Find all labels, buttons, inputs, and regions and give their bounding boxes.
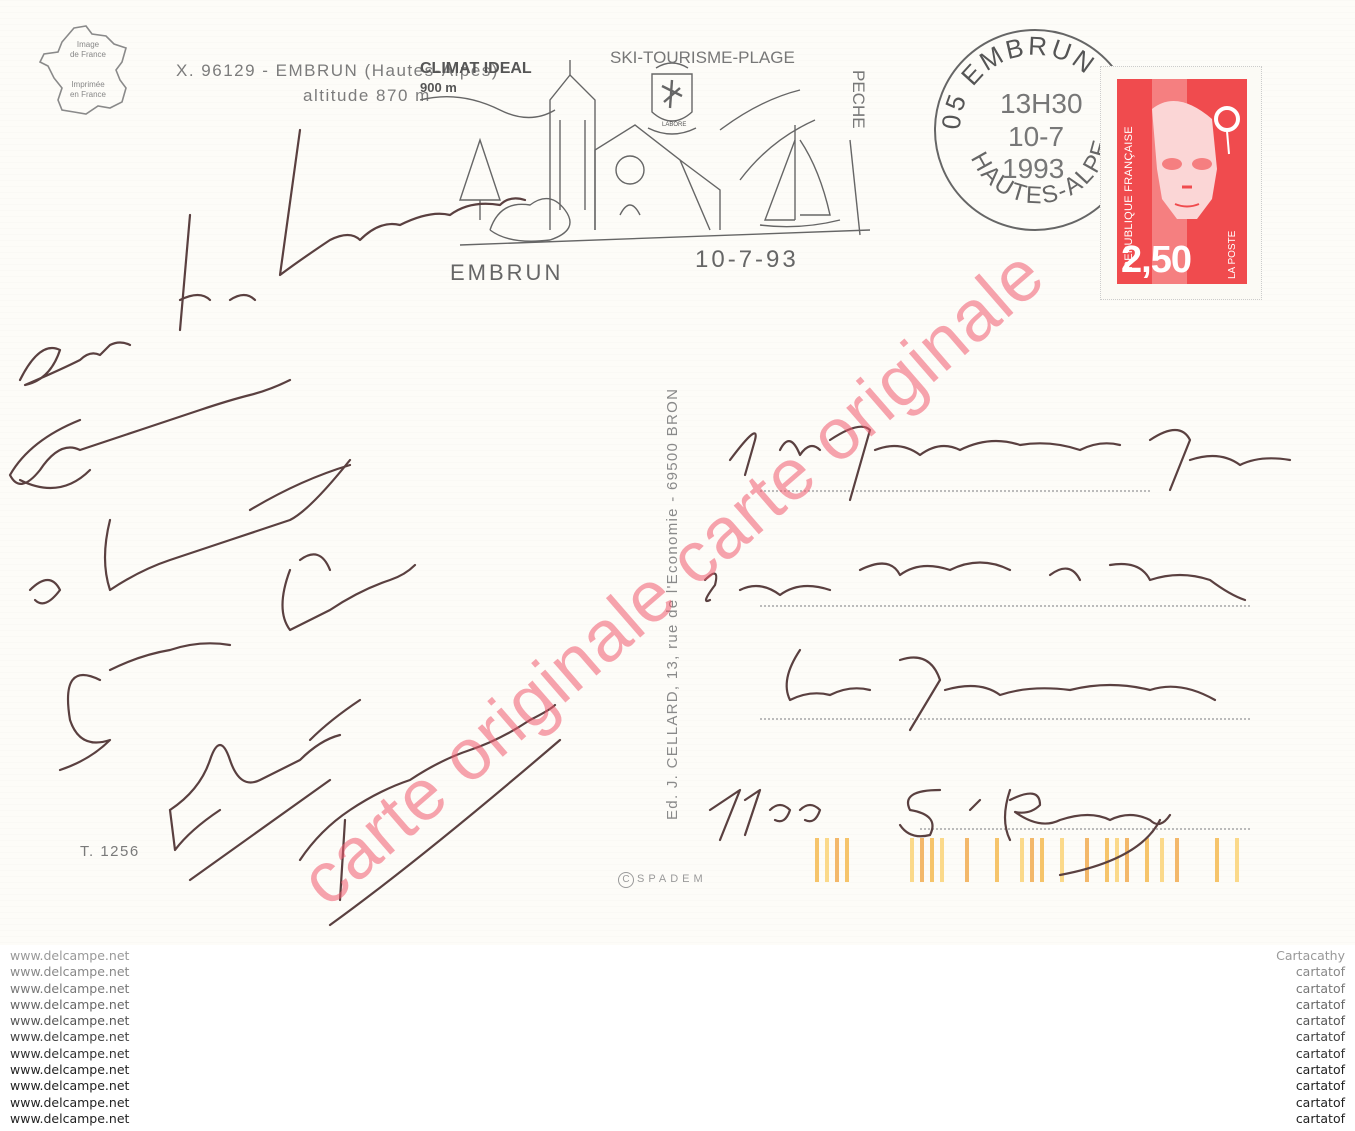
seller-name: cartatof (1276, 1029, 1345, 1045)
address-line-3 (760, 718, 1250, 720)
copyright-icon: C (618, 872, 634, 888)
barcode-bar (1160, 838, 1164, 882)
barcode-bar (995, 838, 999, 882)
barcode-bar (1040, 838, 1044, 882)
barcode-bar (965, 838, 969, 882)
seller-name: cartatof (1276, 964, 1345, 980)
logo-line2: de France (58, 50, 118, 59)
delcampe-link[interactable]: www.delcampe.net (10, 948, 129, 964)
barcode-bar (1060, 838, 1064, 882)
image-de-france-logo: Image de France Imprimée en France (36, 22, 136, 120)
credits-left: www.delcampe.netwww.delcampe.netwww.delc… (10, 948, 129, 1127)
credits-right: Cartacathycartatofcartatofcartatofcartat… (1276, 948, 1345, 1127)
barcode-bar (1235, 838, 1239, 882)
flame-cancellation: CLIMAT IDEAL 900 m SKI-TOURISME-PLAGE PE… (420, 30, 880, 300)
barcode-bar (1105, 838, 1109, 882)
crest-motto: LABORE (662, 122, 686, 128)
stamp-issuer: LA POSTE (1227, 231, 1238, 279)
logo-line1: Image (58, 40, 118, 49)
barcode-bar (1175, 838, 1179, 882)
address-line-2 (760, 605, 1250, 607)
postcard-back: Image de France Imprimée en France X. 96… (0, 0, 1355, 945)
postmark-day: 10-7 (1008, 121, 1064, 152)
card-altitude: altitude 870 m (303, 86, 431, 106)
delcampe-link[interactable]: www.delcampe.net (10, 1078, 129, 1094)
delcampe-link[interactable]: www.delcampe.net (10, 1111, 129, 1127)
barcode-bar (1115, 838, 1119, 882)
seller-name: cartatof (1276, 997, 1345, 1013)
barcode-bar (1020, 838, 1024, 882)
barcode-bar (825, 838, 829, 882)
flame-date: 10-7-93 (695, 246, 799, 274)
delcampe-link[interactable]: www.delcampe.net (10, 1046, 129, 1062)
delcampe-link[interactable]: www.delcampe.net (10, 1013, 129, 1029)
flame-slogan-left: CLIMAT IDEAL (420, 60, 532, 78)
postmark-year: 1993 (1002, 153, 1064, 184)
barcode-bar (920, 838, 924, 882)
logo-line4: en France (58, 90, 118, 99)
seller-name: Cartacathy (1276, 948, 1345, 964)
flame-slogan-top: SKI-TOURISME-PLAGE (610, 48, 795, 68)
delcampe-link[interactable]: www.delcampe.net (10, 1029, 129, 1045)
seller-name: cartatof (1276, 1078, 1345, 1094)
copyright-label: SPADEM (637, 873, 707, 885)
barcode-bar (1030, 838, 1034, 882)
barcode-bar (940, 838, 944, 882)
seller-name: cartatof (1276, 1095, 1345, 1111)
barcode-bar (1215, 838, 1219, 882)
barcode-bar (1145, 838, 1149, 882)
barcode-bar (1125, 838, 1129, 882)
flame-town: EMBRUN (450, 260, 563, 286)
barcode-bar (845, 838, 849, 882)
seller-name: cartatof (1276, 981, 1345, 997)
seller-name: cartatof (1276, 1046, 1345, 1062)
delcampe-link[interactable]: www.delcampe.net (10, 964, 129, 980)
seller-name: cartatof (1276, 1013, 1345, 1029)
seller-name: cartatof (1276, 1062, 1345, 1078)
barcode-bar (835, 838, 839, 882)
flame-slogan-right: PECHE (848, 70, 868, 129)
seller-name: cartatof (1276, 1111, 1345, 1127)
barcode-bar (815, 838, 819, 882)
stamp-design: REPUBLIQUE FRANÇAISE 2,50 LA POSTE (1117, 79, 1247, 284)
flame-altitude: 900 m (420, 80, 457, 95)
delcampe-link[interactable]: www.delcampe.net (10, 1062, 129, 1078)
logo-line3: Imprimée (58, 80, 118, 89)
postal-barcode (815, 838, 1255, 882)
barcode-bar (910, 838, 914, 882)
delcampe-link[interactable]: www.delcampe.net (10, 1095, 129, 1111)
address-line-4 (920, 828, 1250, 830)
barcode-bar (930, 838, 934, 882)
postage-stamp: REPUBLIQUE FRANÇAISE 2,50 LA POSTE (1100, 66, 1262, 300)
stamp-value: 2,50 (1121, 239, 1191, 282)
france-map-icon (36, 22, 136, 120)
copyright-spadem: CSPADEM (618, 872, 707, 888)
delcampe-link[interactable]: www.delcampe.net (10, 997, 129, 1013)
series-number: T. 1256 (80, 843, 140, 860)
postmark-time: 13H30 (1000, 88, 1083, 119)
barcode-bar (1085, 838, 1089, 882)
delcampe-link[interactable]: www.delcampe.net (10, 981, 129, 997)
